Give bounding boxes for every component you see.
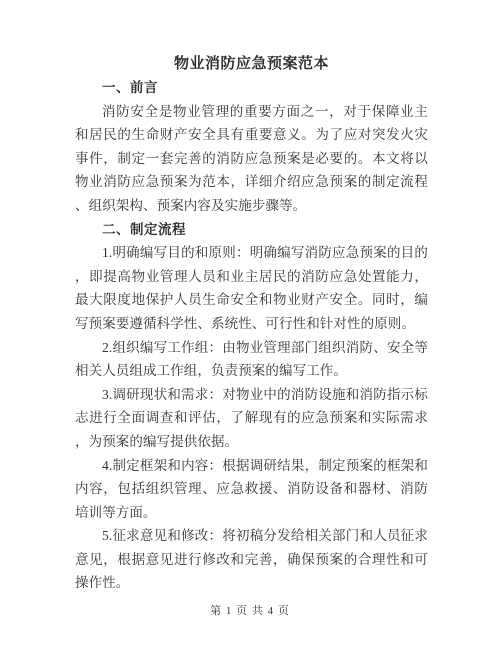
paragraph-step-1: 1.明确编写目的和原则：明确编写消防应急预案的目的，即提高物业管理人员和业主居民… [75, 241, 428, 335]
paragraph-foreword: 消防安全是物业管理的重要方面之一，对于保障业主和居民的生命财产安全具有重要意义。… [75, 100, 428, 218]
page-number-footer: 第 1 页 共 4 页 [0, 602, 500, 618]
paragraph-step-4: 4.制定框架和内容：根据调研结果，制定预案的框架和内容，包括组织管理、应急救援、… [75, 454, 428, 525]
document-title: 物业消防应急预案范本 [75, 52, 428, 76]
paragraph-step-5: 5.征求意见和修改：将初稿分发给相关部门和人员征求意见，根据意见进行修改和完善，… [75, 524, 428, 595]
heading-foreword: 一、前言 [75, 76, 428, 100]
paragraph-step-2: 2.组织编写工作组：由物业管理部门组织消防、安全等相关人员组成工作组，负责预案的… [75, 336, 428, 383]
document-page: 物业消防应急预案范本 一、前言 消防安全是物业管理的重要方面之一，对于保障业主和… [0, 0, 500, 647]
heading-formulation-process: 二、制定流程 [75, 218, 428, 242]
paragraph-step-3: 3.调研现状和需求：对物业中的消防设施和消防指示标志进行全面调查和评估，了解现有… [75, 383, 428, 454]
